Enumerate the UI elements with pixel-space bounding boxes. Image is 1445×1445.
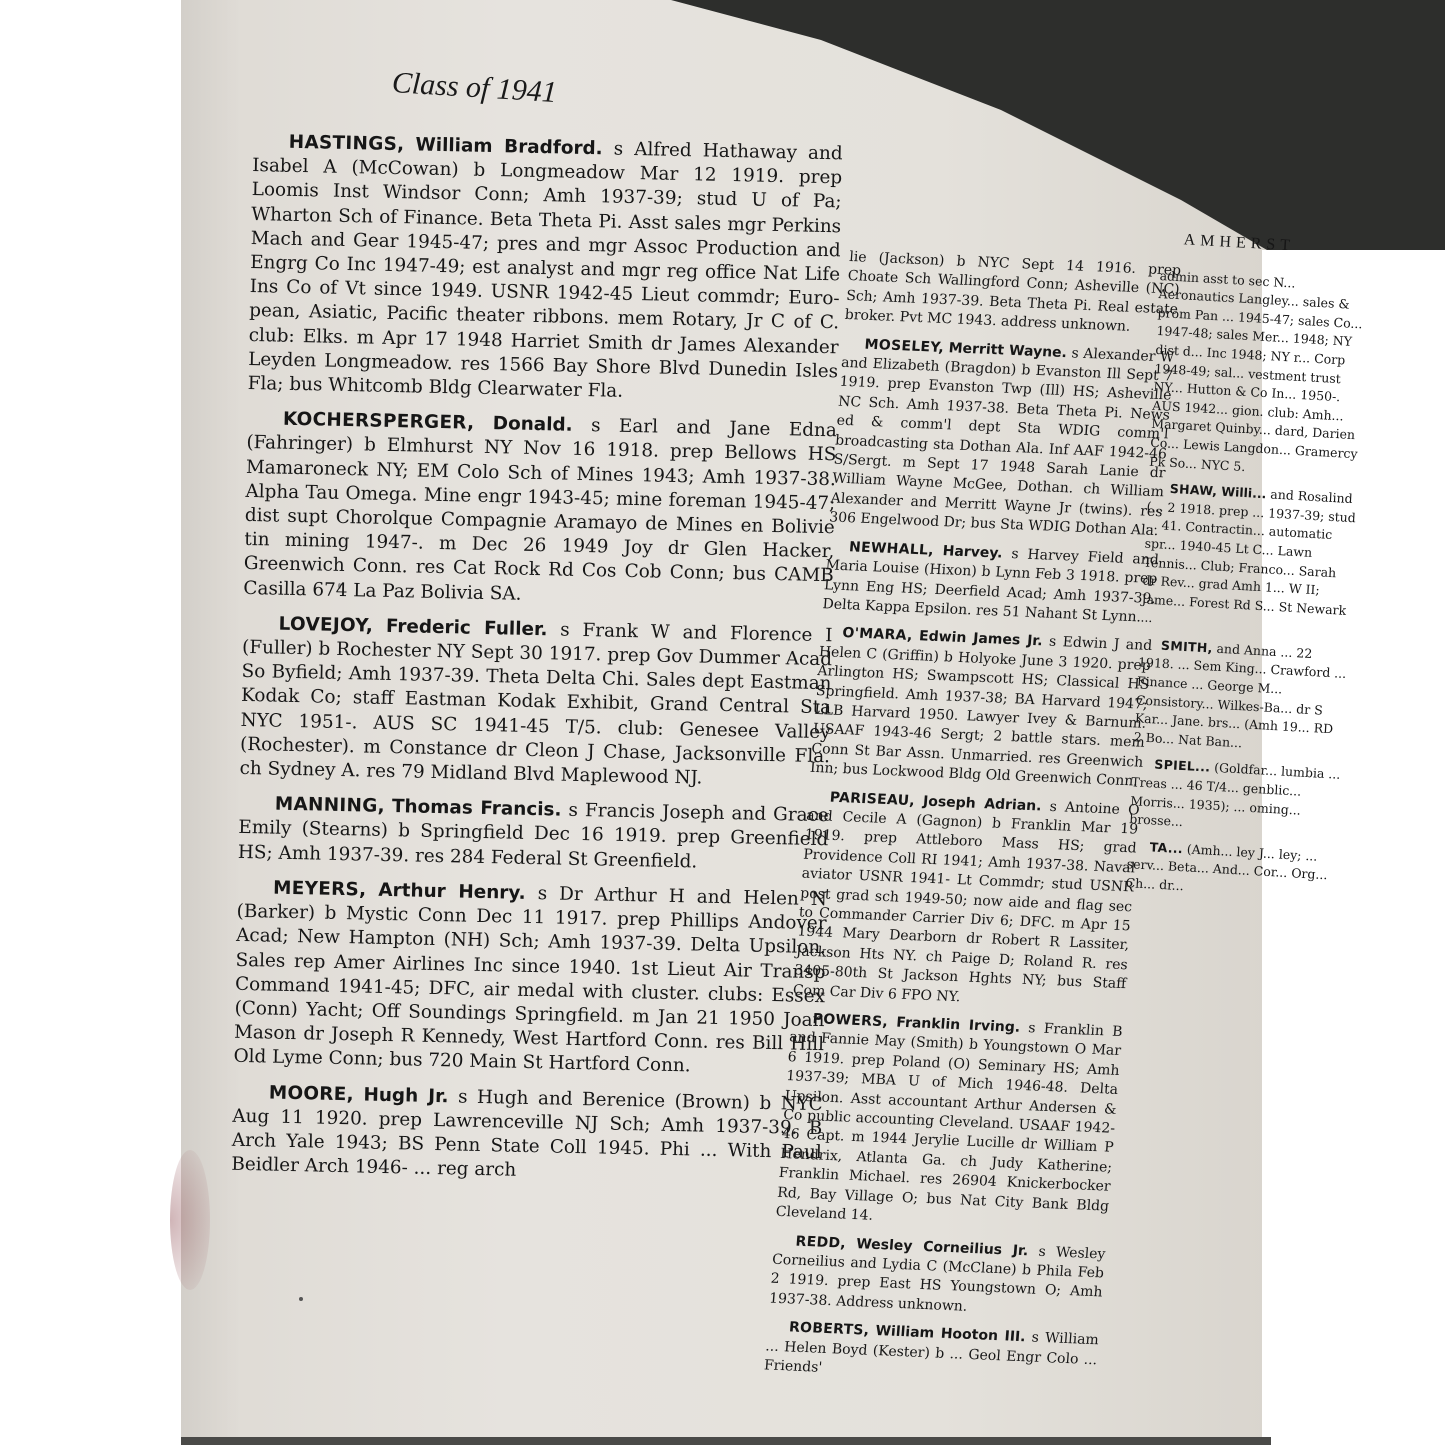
entry-text: s Alexander W and Elizabeth (Bragdon) b … <box>829 345 1175 539</box>
entry-text: s Antoine O and Cecile A (Gagnon) b Fran… <box>792 798 1140 1004</box>
entry-surname: LOVEJOY, <box>278 614 373 637</box>
entry-surname: MANNING, <box>275 794 385 817</box>
entry-surname: POWERS, <box>812 1011 889 1030</box>
entry-surname: SPIEL... <box>1154 757 1211 775</box>
directory-entry: MEYERS, Arthur Henry. s Dr Arthur H and … <box>233 876 827 1082</box>
thumb-shadow <box>170 1150 210 1290</box>
directory-entry: SHAW, Willi... and Rosalind (... 2 1918.… <box>1140 479 1358 639</box>
entry-given-names: Thomas Francis. <box>392 796 562 821</box>
entry-surname: MOORE, <box>269 1082 355 1105</box>
directory-entry: PARISEAU, Joseph Adrian. s Antoine O and… <box>792 787 1140 1014</box>
entry-surname: MEYERS, <box>273 877 367 900</box>
entry-surname: KOCHERSPERGER, <box>283 409 475 434</box>
entry-text: s Franklin B and Fannie May (Smith) b Yo… <box>775 1020 1123 1224</box>
entry-given-names: Donald. <box>493 413 573 436</box>
directory-entry: REDD, Wesley Corneilius Jr. s Wesley Cor… <box>768 1231 1106 1322</box>
paper-speck <box>299 1297 303 1301</box>
entry-surname: TA... <box>1149 839 1183 856</box>
directory-entry: MANNING, Thomas Francis. s Francis Josep… <box>238 792 829 877</box>
directory-entry: SPIEL... (Goldfar... lumbia ... Treas ..… <box>1129 755 1343 841</box>
entry-text: s Earl and Jane Edna (Fahringer) b Elmhu… <box>243 415 837 604</box>
entry-text: and Rosalind (... 2 1918. prep ... 1937-… <box>1140 487 1356 626</box>
directory-entry: TA... (Amh... ley J... ley; ... serv... … <box>1125 837 1338 904</box>
entry-given-names: Merritt Wayne. <box>948 340 1067 361</box>
entry-surname: MOSELEY, <box>864 336 945 355</box>
entry-given-names: Franklin Irving. <box>896 1015 1021 1036</box>
entry-surname: REDD, <box>795 1233 847 1251</box>
directory-entry: HASTINGS, William Bradford. s Alfred Hat… <box>247 130 842 409</box>
entry-surname: PARISEAU, <box>829 789 915 809</box>
entry-surname: SMITH, <box>1161 638 1213 656</box>
directory-entry: MOORE, Hugh Jr. s Hugh and Berenice (Bro… <box>231 1080 823 1189</box>
column-1: HASTINGS, William Bradford. s Alfred Hat… <box>231 130 843 1200</box>
entry-surname: O'MARA, <box>842 625 913 644</box>
entry-given-names: Arthur Henry. <box>378 880 526 904</box>
entry-surname: HASTINGS, <box>289 132 405 155</box>
entry-surname: SHAW, <box>1169 481 1217 499</box>
entry-surname: NEWHALL, <box>848 539 934 559</box>
directory-entry: SMITH, and Anna ... 22 1918. ... Sem Kin… <box>1133 635 1349 758</box>
entry-continuation: lie (Jackson) b NYC Sept 14 1916. prep C… <box>844 248 1182 339</box>
column-3: AMHERST admin asst to sec N... Aeronauti… <box>1125 270 1370 912</box>
directory-entry: MOSELEY, Merritt Wayne. s Alexander W an… <box>828 334 1175 542</box>
entry-surname: ROBERTS, <box>788 1320 870 1339</box>
entry-text: s Frank W and Florence I (Fuller) b Roch… <box>239 619 832 788</box>
entry-given-names: Hugh Jr. <box>363 1084 449 1107</box>
entry-continuation: admin asst to sec N... Aeronautics Langl… <box>1149 267 1370 483</box>
entry-given-names: Willi... <box>1221 484 1267 501</box>
entry-given-names: Joseph Adrian. <box>923 793 1043 814</box>
entry-given-names: Edwin James Jr. <box>918 629 1043 650</box>
entry-text: s Dr Arthur H and Helen N (Barker) b Mys… <box>233 883 827 1077</box>
directory-entry: NEWHALL, Harvey. s Harvey Field and Mari… <box>822 537 1160 628</box>
directory-entry: O'MARA, Edwin James Jr. s Edwin J and He… <box>809 623 1153 792</box>
directory-entry: LOVEJOY, Frederic Fuller. s Frank W and … <box>239 612 832 794</box>
entry-given-names: William Bradford. <box>415 134 603 159</box>
entry-text: s Edwin J and Helen C (Griffin) b Holyok… <box>809 634 1152 790</box>
entry-text: and Anna ... 22 1918. ... Sem King... Cr… <box>1133 641 1346 751</box>
bottom-edge <box>181 1437 1271 1445</box>
directory-entry: KOCHERSPERGER, Donald. s Earl and Jane E… <box>243 407 837 613</box>
entry-given-names: Frederic Fuller. <box>386 616 548 640</box>
directory-entry: ROBERTS, William Hooton III. s William .… <box>763 1318 1099 1390</box>
entry-text: s Alfred Hathaway and Isabel A (McCowan)… <box>247 139 842 402</box>
directory-entry: POWERS, Franklin Irving. s Franklin B an… <box>775 1009 1123 1236</box>
entry-given-names: William Hooton III. <box>875 1323 1026 1345</box>
entry-given-names: Harvey. <box>942 543 1003 561</box>
